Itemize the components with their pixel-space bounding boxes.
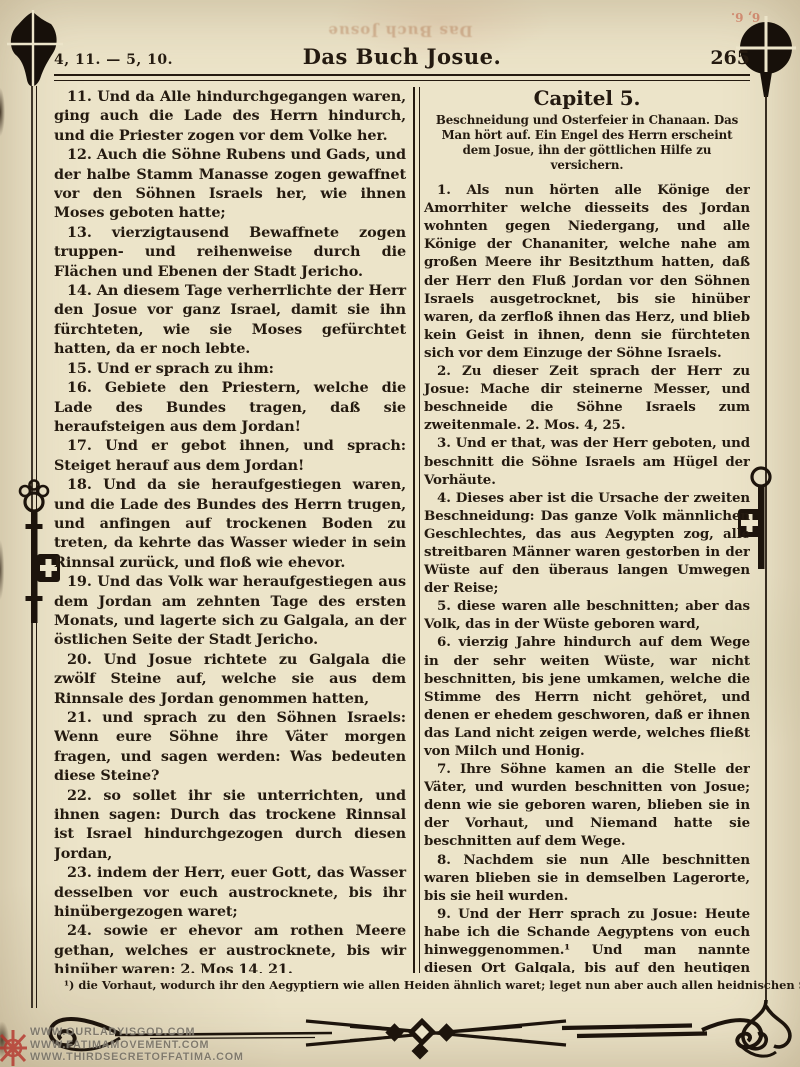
verse-text: indem der Herr, euer Gott, das Wasser de…	[54, 864, 406, 920]
verse-paragraph: 7. Ihre Söhne kamen an die Stelle der Vä…	[424, 760, 750, 850]
verse-number: 23.	[67, 864, 97, 881]
text-columns: 11. Und da Alle hindurchgegangen waren, …	[54, 87, 750, 973]
verse-text: vierzig Jahre hindurch auf dem Wege in d…	[424, 634, 750, 759]
bar-segment	[562, 1026, 692, 1029]
verse-number: 18.	[67, 476, 103, 493]
verse-paragraph: 12. Auch die Söhne Rubens und Gads, und …	[54, 145, 406, 223]
verse-range-reference: 4, 11. — 5, 10.	[54, 52, 214, 68]
verse-number: 3.	[437, 435, 456, 451]
watermark-logo-icon	[0, 1028, 30, 1067]
verse-number: 5.	[437, 598, 457, 614]
verse-number: 1.	[437, 182, 466, 198]
verse-paragraph: 2. Zu dieser Zeit sprach der Herr zu Jos…	[424, 362, 750, 434]
verse-paragraph: 17. Und er gebot ihnen, und sprach: Stei…	[54, 436, 406, 475]
verse-number: 12.	[67, 146, 97, 163]
verse-text: diese waren alle beschnitten; aber das V…	[424, 598, 750, 632]
verse-number: 9.	[437, 906, 458, 922]
verse-paragraph: 15. Und er sprach zu ihm:	[54, 359, 406, 378]
verse-text: Und Josue richtete zu Galgala die zwölf …	[54, 651, 406, 707]
column-divider-rule	[413, 87, 420, 973]
verse-paragraph: 5. diese waren alle beschnitten; aber da…	[424, 597, 750, 633]
verse-number: 6.	[437, 634, 458, 650]
verse-number: 14.	[67, 282, 97, 299]
verse-number: 17.	[67, 437, 105, 454]
verse-text: Als nun hörten alle Könige der Amorrhite…	[424, 182, 750, 361]
verse-paragraph: 22. so sollet ihr sie unterrichten, und …	[54, 786, 406, 864]
crossed-lines-ornament	[306, 1021, 566, 1045]
bar-segment	[577, 1034, 707, 1037]
verse-number: 16.	[67, 379, 105, 396]
scroll-ornament-icon	[702, 1020, 776, 1056]
footnote-text: die Vorhaut, wodurch ihr den Aegyptiern …	[78, 978, 800, 992]
verse-paragraph: 23. indem der Herr, euer Gott, das Wasse…	[54, 863, 406, 921]
right-column: Capitel 5. Beschneidung und Osterfeier i…	[424, 87, 750, 973]
verse-number: 8.	[437, 852, 463, 868]
verse-number: 11.	[67, 88, 97, 105]
verse-text: so sollet ihr sie unterrichten, und ihne…	[54, 787, 406, 862]
verse-number: 20.	[67, 651, 104, 668]
chapter-summary: Beschneidung und Osterfeier in Chanaan. …	[426, 113, 748, 173]
verse-number: 15.	[67, 360, 97, 377]
verse-paragraph: 24. sowie er ehevor am rothen Meere geth…	[54, 921, 406, 973]
verse-number: 24.	[67, 922, 104, 939]
verse-paragraph: 18. Und da sie heraufgestiegen waren, un…	[54, 475, 406, 572]
verse-number: 7.	[437, 761, 460, 777]
verse-number: 21.	[67, 709, 102, 726]
verse-text: Zu dieser Zeit sprach der Herr zu Josue:…	[424, 363, 750, 433]
verse-text: Und er gebot ihnen, und sprach: Steiget …	[54, 437, 406, 473]
verse-paragraph: 9. Und der Herr sprach zu Josue: Heute h…	[424, 905, 750, 973]
verse-paragraph: 6. vierzig Jahre hindurch auf dem Wege i…	[424, 633, 750, 760]
verse-text: Auch die Söhne Rubens und Gads, und der …	[54, 146, 406, 221]
book-title: Das Buch Josue.	[214, 44, 590, 69]
watermark-line: WWW.FATIMAMOVEMENT.COM	[30, 1039, 244, 1052]
left-column: 11. Und da Alle hindurchgegangen waren, …	[54, 87, 406, 973]
verse-paragraph: 3. Und er that, was der Herr geboten, un…	[424, 434, 750, 488]
chapter-heading: Capitel 5.	[424, 89, 750, 107]
verse-number: 4.	[437, 490, 456, 506]
verse-text: Und der Herr sprach zu Josue: Heute habe…	[424, 906, 750, 973]
verse-paragraph: 13. vierzigtausend Bewaffnete zogen trup…	[54, 223, 406, 281]
verse-text: Und da Alle hindurchgegangen waren, ging…	[54, 88, 406, 144]
verse-paragraph: 8. Nachdem sie nun Alle beschnitten ware…	[424, 851, 750, 905]
verse-paragraph: 21. und sprach zu den Söhnen Israels: We…	[54, 708, 406, 786]
header-rule	[54, 74, 750, 81]
verse-paragraph: 4. Dieses aber ist die Ursache der zweit…	[424, 489, 750, 598]
verse-text: Und er that, was der Herr geboten, und b…	[424, 435, 750, 487]
watermark-line: WWW.OURLADYISGOD.COM	[30, 1026, 244, 1039]
watermark-text: WWW.OURLADYISGOD.COM WWW.FATIMAMOVEMENT.…	[30, 1026, 244, 1064]
page-content: 4, 11. — 5, 10. Das Buch Josue. 265 11. …	[54, 0, 750, 992]
verse-paragraph: 16. Gebiete den Priestern, welche die La…	[54, 378, 406, 436]
verse-number: 2.	[437, 363, 462, 379]
verse-paragraph: 1. Als nun hörten alle Könige der Amorrh…	[424, 181, 750, 362]
verse-paragraph: 11. Und da Alle hindurchgegangen waren, …	[54, 87, 406, 145]
footnote-marker: ¹)	[64, 978, 74, 992]
verse-text: Und da sie heraufgestiegen waren, und di…	[54, 476, 406, 571]
verse-number: 13.	[67, 224, 112, 241]
verse-text: Dieses aber ist die Ursache der zweiten …	[424, 490, 750, 596]
scanned-bible-page: Das Buch Josue 6, 6. 4, 11. — 5, 10. Das…	[0, 0, 800, 1067]
verse-text: An diesem Tage verherrlichte der Herr de…	[54, 282, 406, 357]
diamond-cluster-ornament	[385, 1018, 455, 1060]
running-header: 4, 11. — 5, 10. Das Buch Josue. 265	[54, 0, 750, 69]
verse-text: Nachdem sie nun Alle beschnitten waren b…	[424, 852, 750, 904]
verse-number: 19.	[67, 573, 97, 590]
verse-text: und sprach zu den Söhnen Israels: Wenn e…	[54, 709, 406, 784]
watermark-line: WWW.THIRDSECRETOFFATIMA.COM	[30, 1051, 244, 1064]
verse-paragraph: 19. Und das Volk war heraufgestiegen aus…	[54, 572, 406, 650]
verse-text: Und er sprach zu ihm:	[97, 360, 274, 377]
verse-text: Und das Volk war heraufgestiegen aus dem…	[54, 573, 406, 648]
verse-number: 22.	[67, 787, 103, 804]
verse-paragraph: 14. An diesem Tage verherrlichte der Her…	[54, 281, 406, 359]
page-number: 265	[590, 47, 750, 69]
verse-paragraph: 20. Und Josue richtete zu Galgala die zw…	[54, 650, 406, 708]
verse-text: sowie er ehevor am rothen Meere gethan, …	[54, 922, 406, 973]
verse-text: Gebiete den Priestern, welche die Lade d…	[54, 379, 406, 435]
footnote: ¹) die Vorhaut, wodurch ihr den Aegyptie…	[54, 978, 750, 992]
verse-text: Ihre Söhne kamen an die Stelle der Väter…	[424, 761, 750, 849]
right-column-verses: 1. Als nun hörten alle Könige der Amorrh…	[424, 181, 750, 973]
